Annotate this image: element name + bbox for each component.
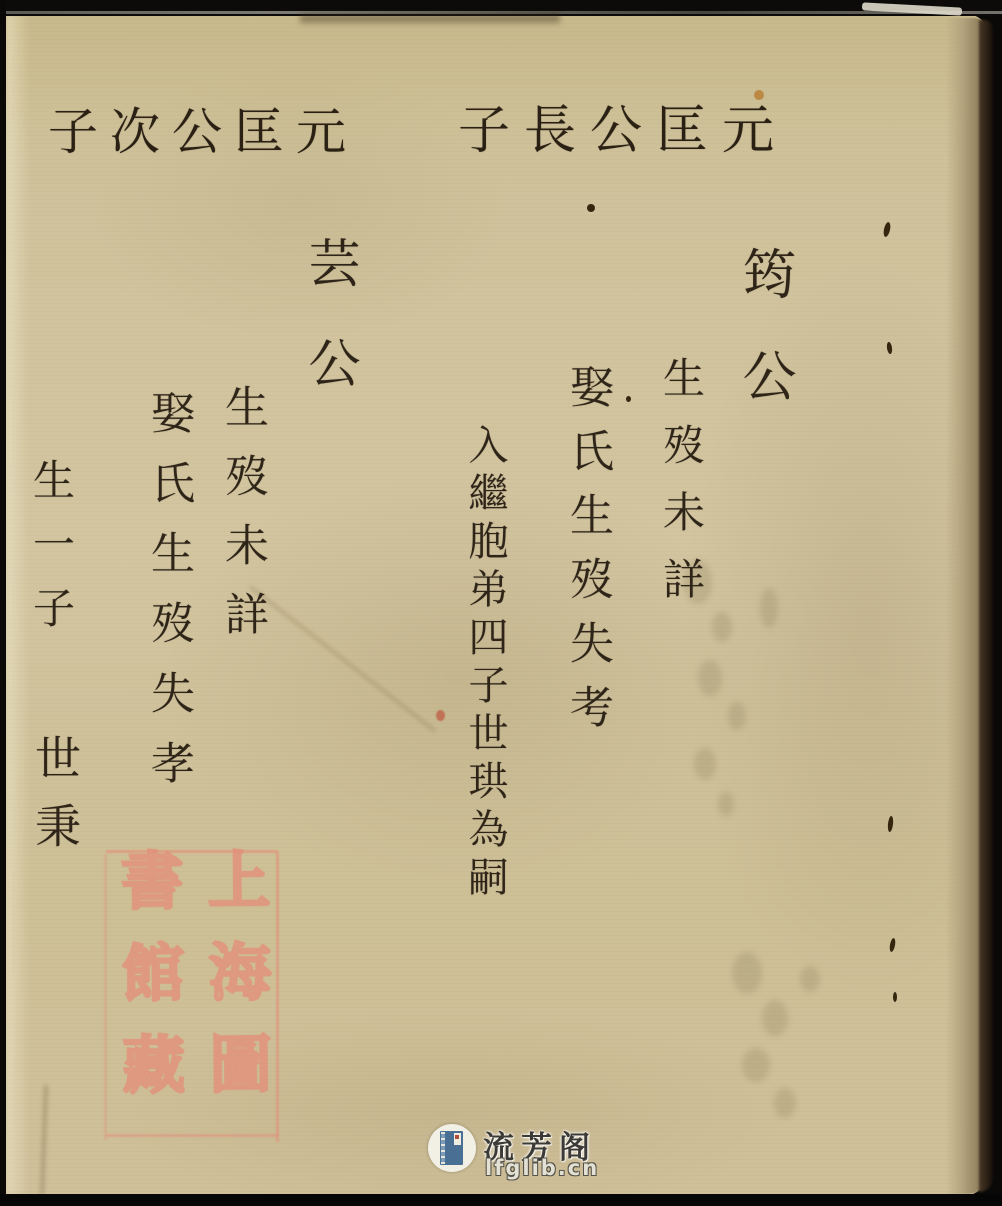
first-son-name-column: 筠公	[727, 246, 804, 450]
first-son-marriage-column: 娶氏生歿失考	[555, 364, 619, 748]
page-edge-shadow	[979, 20, 993, 1192]
first-son-heading: 元匡公長子	[458, 88, 788, 163]
second-son-heading: 元匡公次子	[48, 92, 358, 164]
ink-bleed-through	[694, 748, 716, 780]
ink-bleed-through	[742, 1048, 770, 1082]
red-ink-dot	[436, 710, 445, 721]
book-slip-mark	[455, 1135, 459, 1139]
watermark-url: lfglib.cn	[485, 1156, 599, 1180]
thread-bound-book-icon	[440, 1131, 463, 1165]
ink-bleed-through	[728, 702, 746, 730]
ink-bleed-through	[760, 588, 778, 628]
ink-bleed-through	[712, 612, 732, 642]
book-title-slip	[454, 1133, 461, 1145]
ink-bleed-through	[732, 952, 762, 994]
first-son-birth-column: 生歿未詳	[651, 356, 711, 624]
ink-bleed-through	[800, 966, 820, 992]
ink-dot	[587, 204, 595, 212]
first-son-adoption-note-column: 入繼胞弟四子世珙為嗣	[457, 424, 514, 904]
ink-bleed-through	[762, 1000, 788, 1036]
second-son-offspring-column: 生一子	[21, 458, 81, 650]
ink-dot	[626, 396, 631, 402]
ink-bleed-through	[718, 792, 734, 816]
scan-left-border	[0, 0, 6, 1206]
second-son-name-column: 芸公	[292, 236, 367, 436]
second-son-heir-name-column: 世秉	[22, 734, 88, 870]
ink-speck	[893, 992, 897, 1002]
ink-bleed-through	[774, 1088, 796, 1118]
second-son-marriage-column: 娶氏生歿失孝	[136, 390, 200, 810]
scan-bottom-border	[0, 1194, 1002, 1206]
top-edge-smudge	[300, 14, 560, 23]
ink-bleed-through	[698, 660, 722, 696]
watermark-badge	[428, 1124, 476, 1172]
second-son-birth-column: 生歿未詳	[210, 384, 274, 660]
book-binding-stitches	[441, 1132, 445, 1164]
library-seal: 上海圖書館藏	[103, 847, 279, 1149]
